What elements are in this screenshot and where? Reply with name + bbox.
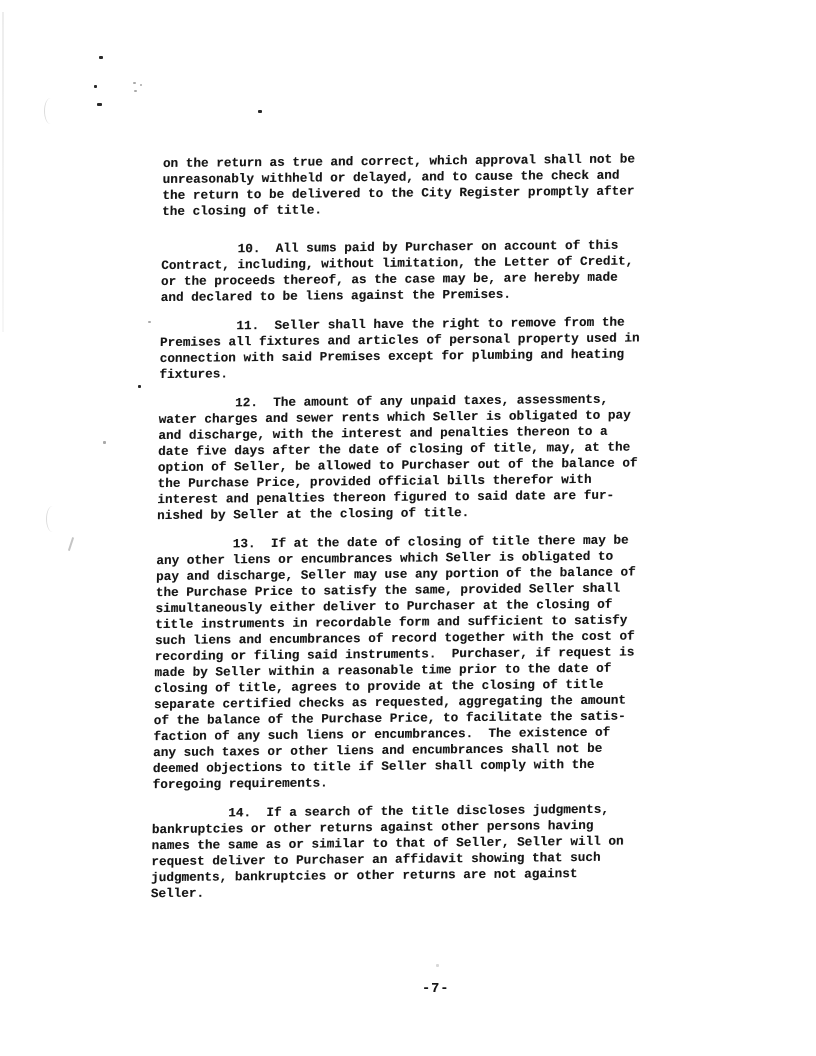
paragraph-clause-10: 10. All sums paid by Purchaser on accoun… — [161, 237, 667, 306]
scan-arc-artifact — [44, 98, 57, 124]
paragraph-clause-12: 12. The amount of any unpaid taxes, asse… — [157, 391, 664, 524]
scan-speck — [99, 56, 103, 59]
scanner-edge-artifact — [2, 12, 4, 332]
scanned-contract-page: on the return as true and correct, which… — [0, 0, 816, 1056]
contract-body-text: on the return as true and correct, which… — [150, 151, 668, 915]
scan-speck — [138, 385, 141, 388]
page-number: -7- — [422, 982, 449, 997]
scan-speck — [140, 84, 142, 86]
paragraph-clause-13: 13. If at the date of closing of title t… — [152, 532, 661, 793]
scan-speck — [97, 103, 102, 106]
paragraph-continuation: on the return as true and correct, which… — [162, 151, 668, 220]
scan-speck — [134, 90, 137, 92]
scan-speck — [148, 321, 151, 323]
scan-speck — [258, 110, 262, 113]
scan-speck — [133, 82, 136, 84]
scan-arc-artifact — [46, 506, 59, 532]
scan-speck — [103, 441, 106, 444]
paragraph-clause-14: 14. If a search of the title discloses j… — [151, 801, 658, 902]
scan-speck — [94, 85, 97, 88]
paragraph-clause-11: 11. Seller shall have the right to remov… — [159, 314, 665, 383]
scan-speck — [436, 964, 439, 967]
scan-slash-artifact — [68, 537, 74, 551]
